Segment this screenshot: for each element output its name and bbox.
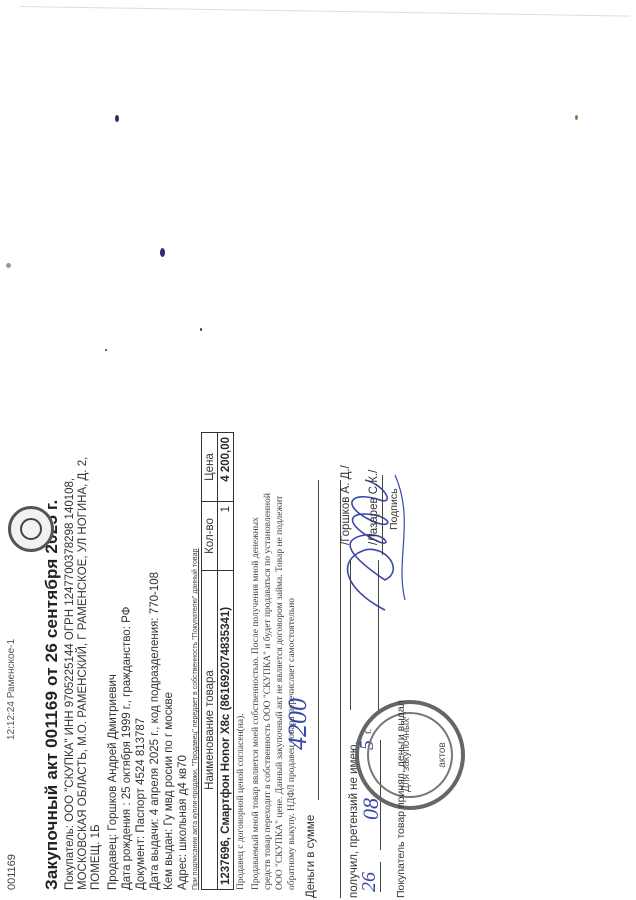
terms-line-4: ООО "СКУПКА" цене. Данный закупочный акт… bbox=[275, 496, 285, 890]
items-table: Наименование товара Кол-во Цена 1237696,… bbox=[201, 432, 234, 890]
seller-issued-date: Дата выдачи: 4 апреля 2025 г., код подра… bbox=[149, 572, 161, 890]
buyer-line-3: ПОМЕЩ. 1Б bbox=[90, 824, 102, 890]
buyer-line-1: Покупатель: ООО "СКУПКА" ИНН 9705225144 … bbox=[64, 478, 76, 890]
item-price: 4 200,00 bbox=[218, 433, 234, 502]
company-stamp: Для закупочных актов bbox=[355, 700, 465, 810]
logo-emblem-icon bbox=[20, 518, 42, 540]
print-time: 12:12:24 Раменское-1 bbox=[6, 639, 17, 740]
terms-line-3: средств товар переходит в собственность … bbox=[263, 493, 273, 890]
money-underline bbox=[318, 480, 319, 800]
company-logo bbox=[8, 506, 54, 552]
buyer-sign-line bbox=[378, 560, 379, 710]
caption-line bbox=[382, 475, 383, 555]
buyer-signatory: /Лазарев С.К./ bbox=[368, 470, 380, 545]
seller-birth: Дата рождения : 25 октября 1999 г., граж… bbox=[121, 607, 133, 890]
stamp-bottom-text: актов bbox=[437, 704, 448, 806]
date-day-underline bbox=[380, 862, 381, 892]
terms-line-2: Продаваемый мной товар является моей соб… bbox=[251, 517, 261, 890]
table-header-row: Наименование товара Кол-во Цена bbox=[202, 433, 218, 890]
col-name: Наименование товара bbox=[202, 571, 218, 890]
col-qty: Кол-во bbox=[202, 502, 218, 571]
transfer-note: При подписании акта купли-продажи, "Прод… bbox=[192, 549, 199, 890]
table-row: 1237696, Смартфон Honor X8c (86169207483… bbox=[218, 433, 234, 890]
item-name: 1237696, Смартфон Honor X8c (86169207483… bbox=[218, 571, 234, 890]
date-day: 26 bbox=[358, 872, 381, 892]
signature-caption: Подпись bbox=[388, 488, 400, 530]
doc-number: 001169 bbox=[6, 854, 18, 890]
terms-line-1: Продавец с договорной ценой согласен(на)… bbox=[236, 713, 246, 890]
seller-document: Документ: Паспорт 4524 813787 bbox=[135, 718, 147, 890]
page-title: Закупочный акт 001169 от 26 сентября 202… bbox=[42, 500, 62, 890]
money-label: Деньги в сумме bbox=[305, 815, 317, 898]
footer-label: Покупатель товар принял, деньги выдал bbox=[395, 700, 407, 898]
col-price: Цена bbox=[202, 433, 218, 502]
buyer-line-2: МОСКОВСКАЯ ОБЛАСТЬ, М.О. РАМЕНСКИЙ, Г РА… bbox=[77, 457, 89, 890]
seller-name: Продавец: Горшков Андрей Дмитриевич bbox=[107, 674, 119, 890]
seller-issued-by: Кем выдан: Гу мвд росии по г москве bbox=[163, 692, 175, 890]
seller-sign-line bbox=[350, 560, 351, 710]
money-handwritten: 4200 bbox=[283, 698, 313, 750]
item-qty: 1 bbox=[218, 502, 234, 571]
seller-address: Адрес: школьная д4 кв70 bbox=[177, 755, 189, 890]
purchase-act-page: 001169 12:12:24 Раменское-1 Закупочный а… bbox=[0, 0, 636, 900]
seller-signatory: /Горшков А. Д./ bbox=[340, 465, 352, 545]
